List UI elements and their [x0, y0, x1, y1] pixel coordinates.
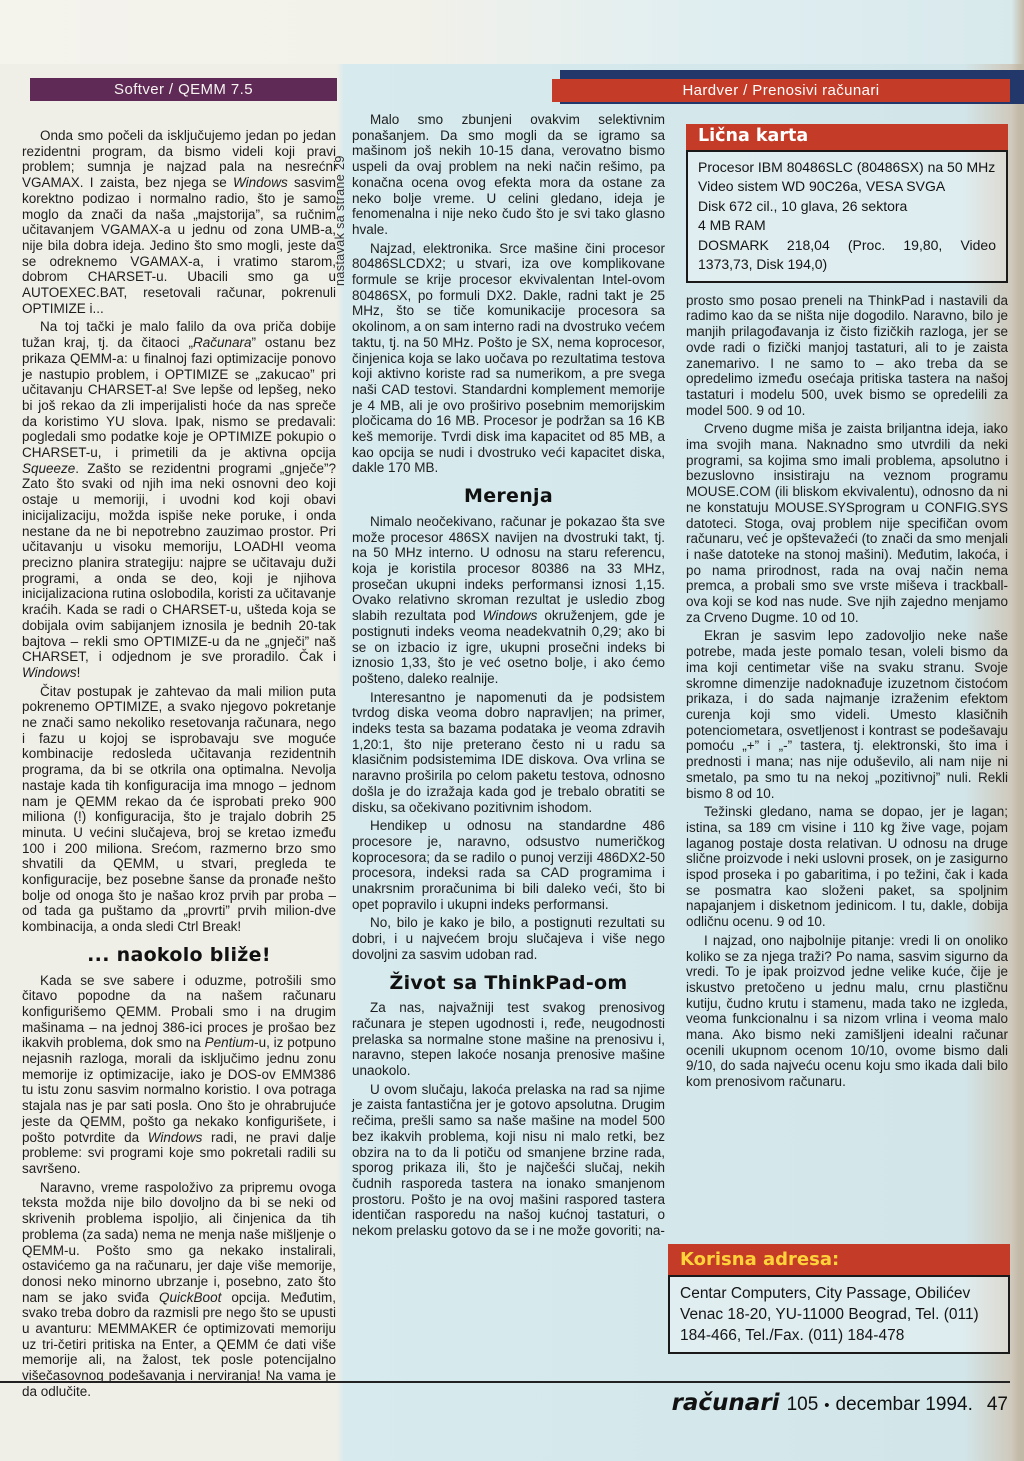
section-subheading: Život sa ThinkPad-om	[352, 976, 665, 992]
spec-line: Disk 672 cil., 10 glava, 26 sektora	[698, 197, 996, 217]
body-paragraph: Interesantno je napomenuti da je podsist…	[352, 690, 665, 816]
article-column-1: Onda smo počeli da isključujemo jedan po…	[22, 128, 336, 1403]
body-paragraph: Na toj tački je malo falilo da ova priča…	[22, 319, 336, 680]
page-edge-shadow	[1011, 0, 1024, 1461]
footer: računari105•decembar 1994.47	[672, 1390, 1008, 1416]
spec-line: Video sistem WD 90C26a, VESA SVGA	[698, 177, 996, 197]
issue-number: 105	[787, 1394, 819, 1415]
body-paragraph: Ekran je sasvim lepo zadovoljio neke naš…	[686, 628, 1008, 801]
magazine-name: računari	[672, 1390, 780, 1416]
article-column-3-text: prosto smo posao preneli na ThinkPad i n…	[686, 293, 1008, 1090]
body-paragraph: I najzad, ono najbolnije pitanje: vredi …	[686, 933, 1008, 1090]
footer-bullet: •	[824, 1397, 829, 1414]
body-paragraph: Hendikep u odnosu na standardne 486 proc…	[352, 818, 665, 912]
licna-karta-title: Lična karta	[686, 124, 1008, 150]
body-paragraph: Crveno dugme miša je zaista briljantna i…	[686, 421, 1008, 625]
body-paragraph: U ovom slučaju, lakoća prelaska na rad s…	[352, 1082, 665, 1239]
body-paragraph: Za nas, najvažniji test svakog prenosivo…	[352, 1000, 665, 1079]
issue-date: decembar 1994.	[836, 1394, 973, 1415]
korisna-adresa-box: Korisna adresa: Centar Computers, City P…	[668, 1244, 1010, 1354]
section-header-softver-label: Softver / QEMM 7.5	[114, 81, 253, 98]
magazine-page: Softver / QEMM 7.5 Hardver / Prenosivi r…	[0, 0, 1024, 1461]
body-paragraph: prosto smo posao preneli na ThinkPad i n…	[686, 293, 1008, 419]
body-paragraph: No, bilo je kako je bilo, a postignuti r…	[352, 915, 665, 962]
page-top-margin	[0, 0, 1024, 64]
article-column-3: Lična karta Procesor IBM 80486SLC (80486…	[686, 124, 1008, 1093]
section-subheading: Merenja	[352, 489, 665, 505]
body-paragraph: Naravno, vreme raspoloživo za pripremu o…	[22, 1180, 336, 1400]
korisna-adresa-body: Centar Computers, City Passage, Obilićev…	[668, 1275, 1010, 1354]
section-header-hardver: Hardver / Prenosivi računari	[552, 79, 1010, 102]
body-paragraph: Kada se sve sabere i oduzme, potrošili s…	[22, 973, 336, 1177]
korisna-adresa-title: Korisna adresa:	[668, 1244, 1010, 1275]
licna-karta-box: Lična karta Procesor IBM 80486SLC (80486…	[686, 124, 1008, 283]
body-paragraph: Onda smo počeli da isključujemo jedan po…	[22, 128, 336, 316]
section-header-hardver-label: Hardver / Prenosivi računari	[682, 82, 879, 99]
body-paragraph: Najzad, elektronika. Srce mašine čini pr…	[352, 241, 665, 477]
section-header-softver: Softver / QEMM 7.5	[30, 78, 337, 101]
body-paragraph: Nimalo neočekivano, računar je pokazao š…	[352, 514, 665, 687]
body-paragraph: Težinski gledano, nama se dopao, jer je …	[686, 804, 1008, 930]
spec-line: Procesor IBM 80486SLC (80486SX) na 50 MH…	[698, 158, 996, 178]
article-column-2: Malo smo zbunjeni ovakvim selektivnim po…	[352, 112, 665, 1242]
spec-line: 4 MB RAM	[698, 216, 996, 236]
footer-rule	[0, 1381, 1010, 1383]
body-paragraph: Čitav postupak je zahtevao da mali milio…	[22, 684, 336, 935]
spec-line: DOSMARK 218,04 (Proc. 19,80, Video 1373,…	[698, 236, 996, 275]
body-paragraph: Malo smo zbunjeni ovakvim selektivnim po…	[352, 112, 665, 238]
section-subheading: ... naokolo bliže!	[22, 948, 336, 964]
licna-karta-body: Procesor IBM 80486SLC (80486SX) na 50 MH…	[686, 150, 1008, 283]
page-number: 47	[987, 1394, 1008, 1415]
